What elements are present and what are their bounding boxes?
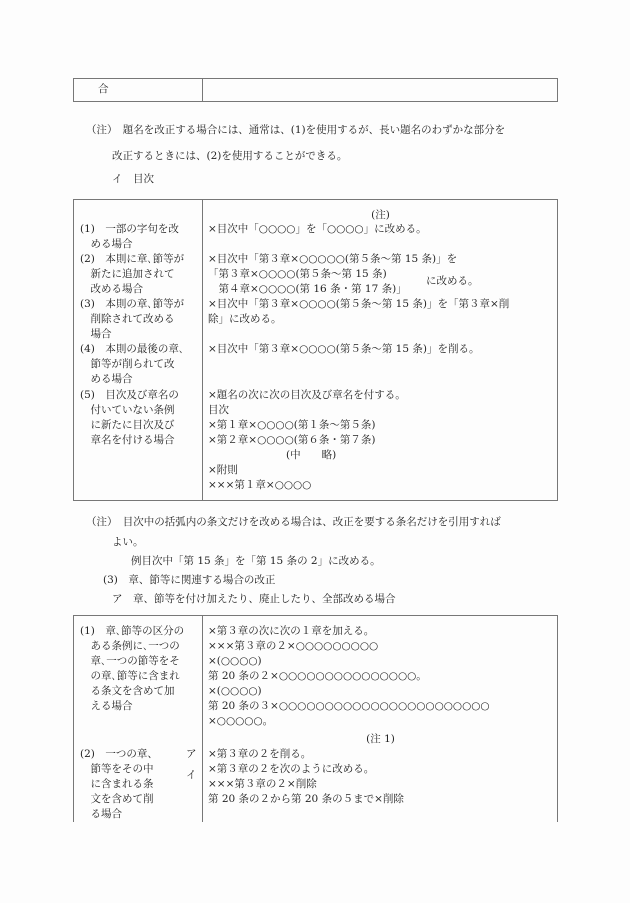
- toc-row-1-label: (1) 一部の字句を改 める場合: [80, 222, 179, 252]
- toc-row-4-example: ×目次中「第３章×○○○○(第５条～第 15 条)」を削る。: [208, 342, 479, 357]
- note-toc-example: 例目次中「第 15 条」を「第 15 条の 2」に改める。: [131, 553, 381, 568]
- chapter-table-footnote: (注 1): [203, 732, 558, 747]
- chapter-row-2-option-a: ア: [186, 747, 197, 762]
- toc-row-2-example: ×目次中「第３章×○○○○○(第５条～第 15 条)」を 「第３章×○○○○(第…: [208, 252, 457, 297]
- toc-row-5-example: ×題名の次に次の目次及び章名を付する。 目次 ×第１章×○○○○(第１条～第５条…: [208, 388, 406, 493]
- heading-table-of-contents: イ 目次: [112, 171, 154, 186]
- top-table-left-cell: 合: [98, 82, 109, 97]
- heading-add-abolish-chapter: ア 章、節等を付け加えたり、廃止したり、全部改める場合: [112, 591, 396, 606]
- toc-row-2-suffix: に改める。: [426, 274, 479, 289]
- chapter-row-2-label: (2) 一つの章、 節等をその中 に含まれる条 文を含めて削 る場合: [80, 747, 158, 822]
- chapter-row-1-example: ×第３章の次に次の１章を加える。 ×××第３章の２×○○○○○○○○○ ×(○○…: [208, 624, 490, 729]
- chapter-row-1-label: (1) 章､節等の区分の ある条例に､一つの 章､一つの節等をそ の章､節等に含…: [80, 624, 184, 714]
- heading-chapter-amendment: (3) 章、節等に関連する場合の改正: [103, 572, 275, 587]
- note-toc-parenthesis-line1: （注） 目次中の括弧内の条文だけを改める場合は、改正を要する条名だけを引用すれば: [86, 514, 501, 529]
- note-title-amendment-line1: （注） 題名を改正する場合には、通常は、(1)を使用するが、長い題名のわずかな部…: [86, 122, 505, 137]
- toc-row-4-label: (4) 本則の最後の章､ 節等が削られて改 める場合: [80, 342, 184, 387]
- column-divider: [202, 79, 203, 101]
- chapter-amendment-table: (1) 章､節等の区分の ある条例に､一つの 章､一つの節等をそ の章､節等に含…: [73, 615, 558, 822]
- note-toc-parenthesis-line2: よい。: [112, 534, 144, 549]
- toc-amendment-table: (注) (1) 一部の字句を改 める場合 ×目次中「○○○○」を「○○○○」に改…: [73, 199, 558, 501]
- toc-row-1-example: ×目次中「○○○○」を「○○○○」に改める。: [208, 222, 427, 237]
- toc-table-header-note: (注): [203, 208, 558, 223]
- chapter-row-2-example: ×第３章の２を削る。 ×第３章の２を次のように改める。 ×××第３章の２×削除 …: [208, 747, 404, 807]
- toc-row-3-label: (3) 本則の章､節等が 削除されて改める 場合: [80, 297, 184, 342]
- top-table: 合: [73, 78, 558, 102]
- toc-row-5-label: (5) 目次及び章名の 付いていない条例 に新たに目次及び 章名を付ける場合: [80, 388, 179, 448]
- column-divider: [202, 616, 203, 822]
- chapter-row-2-option-i: イ: [186, 768, 197, 783]
- column-divider: [202, 200, 203, 500]
- toc-row-2-label: (2) 本則に章､節等が 新たに追加されて 改める場合: [80, 252, 184, 297]
- note-title-amendment-line2: 改正するときには、(2)を使用することができる。: [112, 148, 347, 163]
- toc-row-3-example: ×目次中「第３章×○○○○(第５条～第 15 条)」を「第３章×削 除」に改める…: [208, 297, 509, 327]
